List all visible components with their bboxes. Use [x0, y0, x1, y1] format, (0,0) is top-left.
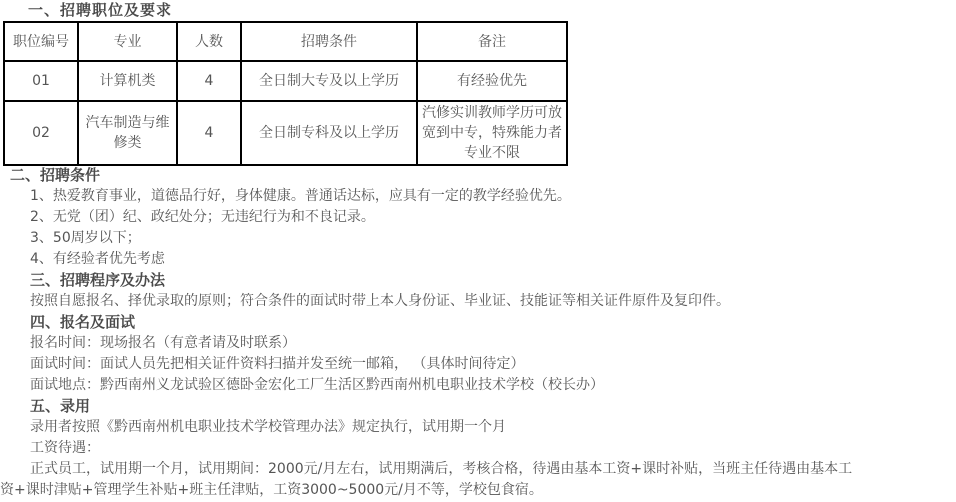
section5-title: 五、录用 [30, 396, 90, 416]
table-cell: 有经验优先 [417, 61, 567, 101]
salary-detail-cont: 资+课时津贴+管理学生补贴+班主任津贴，工资3000~5000元/月不等，学校包… [0, 480, 543, 500]
header-cell: 专业 [78, 22, 177, 61]
interview-time: 面试时间：面试人员先把相关证件资料扫描并发至统一邮箱， （具体时间待定） [30, 354, 524, 374]
table-cell: 01 [4, 61, 78, 101]
section3-title: 三、招聘程序及办法 [30, 270, 165, 290]
salary-label: 工资待遇： [30, 438, 100, 458]
header-cell: 人数 [177, 22, 241, 61]
table-row: 01 计算机类 4 全日制大专及以上学历 有经验优先 [4, 61, 567, 101]
salary-detail: 正式员工，试用期一个月，试用期间：2000元/月左右，试用期满后，考核合格，待遇… [30, 459, 852, 479]
header-cell: 职位编号 [4, 22, 78, 61]
table-cell: 02 [4, 101, 78, 165]
condition-item: 4、有经验者优先考虑 [30, 249, 165, 269]
table-cell: 全日制专科及以上学历 [241, 101, 417, 165]
section2-title: 二、招聘条件 [10, 165, 100, 185]
table-cell: 汽修实训教师学历可放宽到中专，特殊能力者专业不限 [417, 101, 567, 165]
condition-item: 1、热爱教育事业，道德品行好，身体健康。普通话达标，应具有一定的教学经验优先。 [30, 186, 571, 206]
section4-title: 四、报名及面试 [30, 312, 135, 332]
table-header-row: 职位编号 专业 人数 招聘条件 备注 [4, 22, 567, 61]
condition-item: 2、无党（团）纪、政纪处分；无违纪行为和不良记录。 [30, 207, 375, 227]
table-cell: 全日制大专及以上学历 [241, 61, 417, 101]
table-cell: 4 [177, 101, 241, 165]
positions-table: 职位编号 专业 人数 招聘条件 备注 01 计算机类 4 全日制大专及以上学历 … [3, 21, 568, 166]
table-row: 02 汽车制造与维修类 4 全日制专科及以上学历 汽修实训教师学历可放宽到中专，… [4, 101, 567, 165]
header-cell: 备注 [417, 22, 567, 61]
table-cell: 汽车制造与维修类 [78, 101, 177, 165]
header-cell: 招聘条件 [241, 22, 417, 61]
table-cell: 计算机类 [78, 61, 177, 101]
employment-text: 录用者按照《黔西南州机电职业技术学校管理办法》规定执行，试用期一个月 [30, 417, 506, 437]
table-cell: 4 [177, 61, 241, 101]
section1-title: 一、招聘职位及要求 [28, 0, 172, 20]
condition-item: 3、50周岁以下； [30, 228, 141, 248]
registration-time: 报名时间：现场报名（有意者请及时联系） [30, 333, 296, 353]
interview-location: 面试地点：黔西南州义龙试验区德卧金宏化工厂生活区黔西南州机电职业技术学校（校长办… [30, 375, 604, 395]
procedure-text: 按照自愿报名、择优录取的原则；符合条件的面试时带上本人身份证、毕业证、技能证等相… [30, 291, 730, 311]
